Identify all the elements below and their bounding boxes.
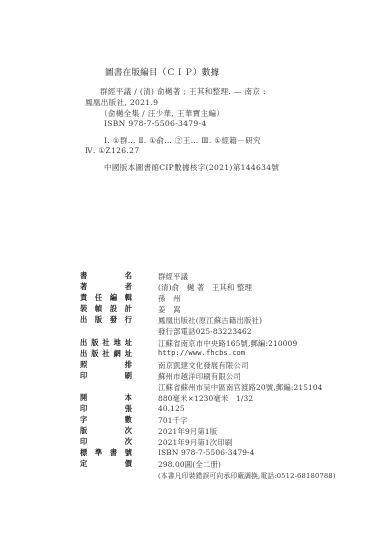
cip-line-isbn: ISBN 978-7-5506-3479-4 [104, 119, 207, 128]
label-publisher: 出版發行 [80, 315, 132, 325]
value-print-error-notice: (本書凡印裝錯誤可向承印廠調换,電話:0512-68180788) [158, 470, 336, 480]
label-isbn: 標準書號 [80, 448, 132, 458]
label-publisher-website: 出版社網址 [80, 349, 132, 359]
value-sheets: 40.125 [158, 404, 185, 413]
value-publisher-address: 江蘇省南京市中央路165號,郵編:210009 [158, 338, 297, 349]
label-publisher-address: 出版社地址 [80, 338, 132, 348]
value-printer: 蘇州市越洋印刷有限公司 [158, 371, 241, 382]
label-format: 開本 [80, 393, 132, 403]
value-edition: 2021年9月第1版 [158, 426, 217, 437]
value-word-count: 701千字 [158, 415, 188, 426]
label-typesetting: 照排 [80, 360, 132, 370]
label-book-title: 書名 [80, 271, 132, 281]
value-format: 880毫米×1230毫米 1/32 [158, 393, 253, 404]
cip-line-title-author: 群經平議 / (清) 俞樾著 ; 王其和整理. — 南京 : [100, 86, 266, 97]
value-publisher-phone: 發行部電話025-83223462 [158, 326, 252, 337]
value-printer-address: 江蘇省蘇州市吴中區南官渡路20號,郵編:215104 [158, 382, 323, 393]
label-editor: 責任編輯 [80, 293, 132, 303]
value-designer: 姜 嵩 [158, 304, 181, 315]
label-price: 定價 [80, 459, 132, 469]
value-publisher-website: http://www.fhcbs.com [158, 349, 245, 357]
cip-line-classification: Ⅰ. ①群… Ⅱ. ①俞… ②王… Ⅲ. ①經籍－研究 [104, 135, 261, 146]
label-designer: 裝幀設計 [80, 304, 132, 314]
value-printing: 2021年9月第1次印刷 [158, 437, 232, 448]
cip-line-cip-number: 中國版本圖書館CIP數據核字(2021)第144634號 [104, 162, 279, 173]
value-isbn: ISBN 978-7-5506-3479-4 [158, 448, 255, 457]
value-author: (清)俞 樾 著 王其和 整理 [158, 282, 252, 293]
cip-line-publisher: 鳳凰出版社, 2021.9 [85, 97, 158, 108]
value-price: 298.00圓(全二册) [158, 459, 221, 470]
label-printing: 印次 [80, 437, 132, 447]
cip-line-class-number: Ⅳ. ①Z126.27 [85, 146, 139, 155]
label-printer: 印刷 [80, 371, 132, 381]
value-book-title: 群經平議 [158, 271, 188, 282]
label-word-count: 字數 [80, 415, 132, 425]
label-edition: 版次 [80, 426, 132, 436]
value-publisher: 鳳凰出版社(原江蘇古籍出版社) [158, 315, 262, 326]
label-sheets: 印張 [80, 404, 132, 414]
cip-title: 圖書在版編目（ＣＩＰ）數據 [105, 66, 219, 78]
value-typesetting: 南京凱建文化發展有限公司 [158, 360, 249, 371]
cip-line-series: （俞樾全集 / 汪少華, 王華寶主編） [100, 108, 224, 119]
label-author: 著者 [80, 282, 132, 292]
value-editor: 孫 州 [158, 293, 181, 304]
